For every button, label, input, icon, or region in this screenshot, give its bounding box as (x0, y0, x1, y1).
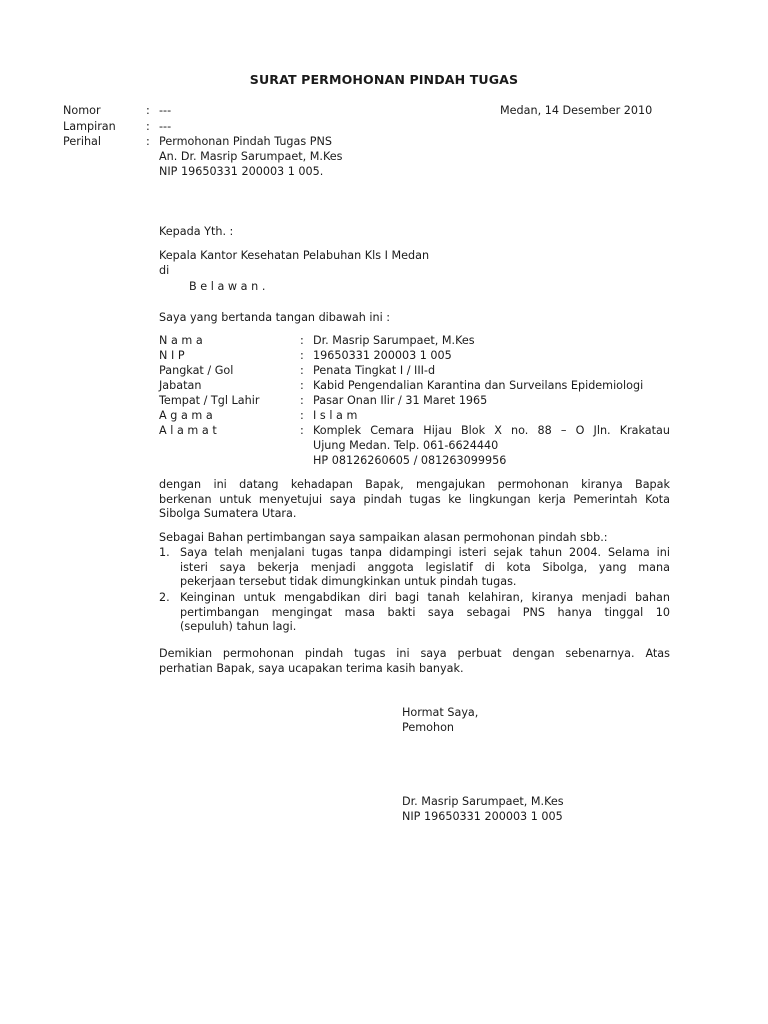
colon: : (300, 409, 304, 424)
identity-value: Islam (313, 409, 361, 424)
letter-page: SURAT PERMOHONAN PINDAH TUGAS Nomor : --… (0, 0, 768, 1024)
body-line: Sibolga Sumatera Utara. (159, 507, 670, 522)
colon: : (146, 120, 150, 135)
identity-label: Pangkat / Gol (159, 364, 233, 379)
identity-label: Agama (159, 409, 216, 424)
perihal-line-2: An. Dr. Masrip Sarumpaet, M.Kes (159, 150, 342, 165)
lampiran-value: --- (159, 120, 171, 135)
signature-regards: Hormat Saya, (402, 706, 478, 721)
recipient-greeting: Kepada Yth. : (159, 225, 233, 240)
reason-number: 1. (159, 546, 170, 561)
recipient-name: Kepala Kantor Kesehatan Pelabuhan Kls I … (159, 249, 429, 264)
identity-value: Komplek Cemara Hijau Blok X no. 88 – O J… (313, 424, 670, 439)
identity-label: NIP (159, 349, 188, 364)
reason-line: pekerjaan tersebut tidak dimungkinkan un… (180, 575, 670, 590)
signature-role: Pemohon (402, 721, 454, 736)
colon: : (146, 135, 150, 150)
lampiran-label: Lampiran (63, 120, 116, 135)
perihal-label: Perihal (63, 135, 101, 150)
identity-value-continued: Ujung Medan. Telp. 061-6624440 (313, 439, 498, 454)
signature-nip: NIP 19650331 200003 1 005 (402, 810, 563, 825)
identity-label: Tempat / Tgl Lahir (159, 394, 259, 409)
identity-label: Jabatan (159, 379, 201, 394)
body-line: dengan ini datang kehadapan Bapak, menga… (159, 478, 670, 493)
identity-value: Penata Tingkat I / III-d (313, 364, 435, 379)
colon: : (300, 379, 304, 394)
body-paragraph: dengan ini datang kehadapan Bapak, menga… (159, 478, 670, 522)
nomor-value: --- (159, 104, 171, 119)
signature-name: Dr. Masrip Sarumpaet, M.Kes (402, 795, 564, 810)
perihal-line-3: NIP 19650331 200003 1 005. (159, 165, 323, 180)
reason-1: Saya telah menjalani tugas tanpa didampi… (180, 546, 670, 590)
identity-value: 19650331 200003 1 005 (313, 349, 452, 364)
closing-line: perhatian Bapak, saya ucapakan terima ka… (159, 662, 670, 677)
reason-line: Saya telah menjalani tugas tanpa didampi… (180, 546, 670, 561)
body-line: berkenan untuk menyetujui saya pindah tu… (159, 493, 670, 508)
reason-line: (sepuluh) tahun lagi. (180, 620, 670, 635)
recipient-di: di (159, 264, 169, 279)
nomor-label: Nomor (63, 104, 101, 119)
reason-line: pertimbangan mengingat masa bakti saya s… (180, 606, 670, 621)
closing-paragraph: Demikian permohonan pindah tugas ini say… (159, 647, 670, 676)
reasons-intro: Sebagai Bahan pertimbangan saya sampaika… (159, 531, 608, 546)
reason-number: 2. (159, 591, 170, 606)
perihal-value: Permohonan Pindah Tugas PNS (159, 135, 332, 150)
identity-value: Pasar Onan Ilir / 31 Maret 1965 (313, 394, 487, 409)
reason-2: Keinginan untuk mengabdikan diri bagi ta… (180, 591, 670, 635)
colon: : (300, 364, 304, 379)
colon: : (300, 424, 304, 439)
intro-text: Saya yang bertanda tangan dibawah ini : (159, 311, 390, 326)
identity-value: Kabid Pengendalian Karantina dan Surveil… (313, 379, 643, 394)
reason-line: isteri saya bekerja menjadi anggota legi… (180, 561, 670, 576)
colon: : (300, 334, 304, 349)
colon: : (300, 349, 304, 364)
closing-line: Demikian permohonan pindah tugas ini say… (159, 647, 670, 662)
identity-label: Nama (159, 334, 206, 349)
reason-line: Keinginan untuk mengabdikan diri bagi ta… (180, 591, 670, 606)
letter-date: Medan, 14 Desember 2010 (500, 104, 652, 119)
colon: : (300, 394, 304, 409)
colon: : (146, 104, 150, 119)
identity-label: Alamat (159, 424, 220, 439)
recipient-place: Belawan. (189, 280, 269, 295)
identity-value-continued: HP 08126260605 / 081263099956 (313, 454, 506, 469)
letter-title: SURAT PERMOHONAN PINDAH TUGAS (0, 73, 768, 88)
identity-value: Dr. Masrip Sarumpaet, M.Kes (313, 334, 475, 349)
